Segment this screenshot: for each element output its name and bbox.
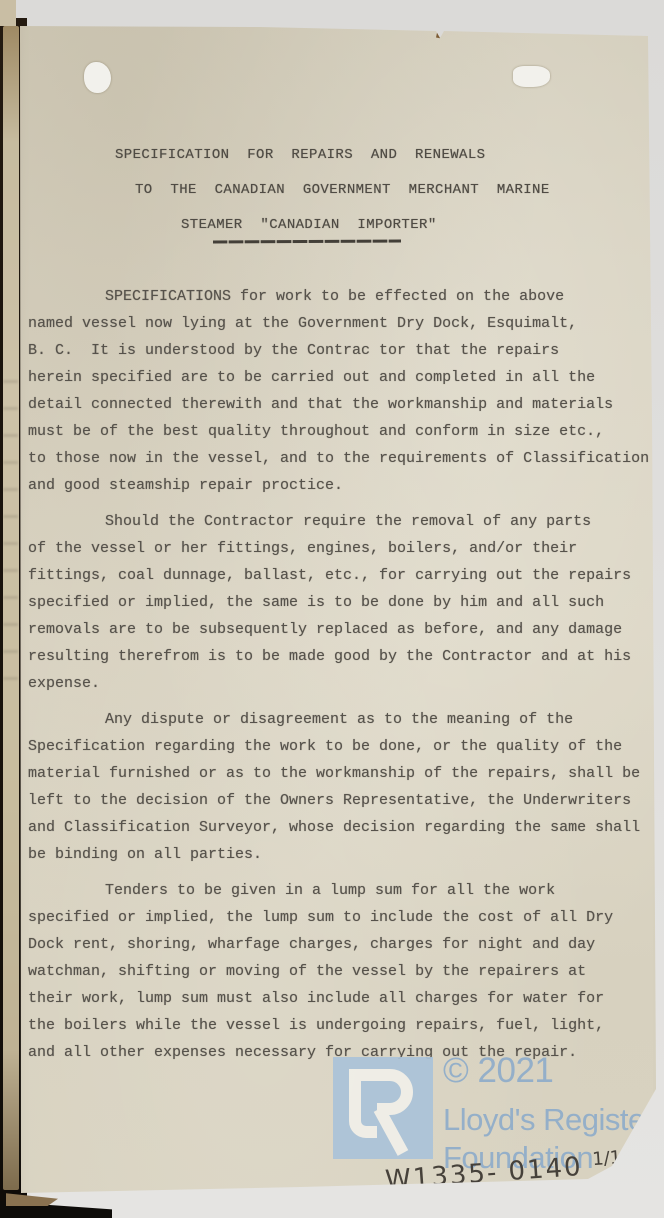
paragraph: Should the Contractor require the remova… [28, 508, 660, 697]
typewritten-line: expense. [28, 670, 660, 697]
paper-blemish [436, 28, 442, 39]
typewritten-line: B. C. It is understood by the Contrac to… [28, 337, 660, 364]
typewritten-line: fittings, coal dunnage, ballast, etc., f… [28, 562, 660, 589]
typewritten-line: specified or implied, the same is to be … [28, 589, 660, 616]
typewritten-line: and good steamship repair proctice. [28, 472, 660, 499]
typewritten-line: of the vessel or her fittings, engines, … [28, 535, 660, 562]
typewritten-line: be binding on all parties. [28, 841, 660, 868]
title-underline [213, 240, 401, 244]
typewritten-line: Any dispute or disagreement as to the me… [28, 706, 660, 733]
document-body: SPECIFICATIONS for work to be effected o… [28, 283, 660, 1066]
ink-bleed-marks [3, 380, 18, 690]
typewritten-line: detail connected therewith and that the … [28, 391, 660, 418]
typewritten-line: Specification regarding the work to be d… [28, 733, 660, 760]
typewritten-line: their work, lump sum must also include a… [28, 985, 660, 1012]
paragraph: Any dispute or disagreement as to the me… [28, 706, 660, 868]
typewritten-line: specified or implied, the lump sum to in… [28, 904, 660, 931]
lloyds-register-logo-icon [333, 1057, 433, 1159]
document-title-line-2: TO THE CANADIAN GOVERNMENT MERCHANT MARI… [135, 182, 550, 198]
typewritten-line: named vessel now lying at the Government… [28, 310, 660, 337]
typewritten-line: resulting therefrom is to be made good b… [28, 643, 660, 670]
watermark-copyright: © 2021 [443, 1051, 553, 1091]
typewritten-line: Dock rent, shoring, wharfage charges, ch… [28, 931, 660, 958]
typewritten-line: to those now in the vessel, and to the r… [28, 445, 660, 472]
typewritten-line: left to the decision of the Owners Repre… [28, 787, 660, 814]
document-paper-sheet: SPECIFICATION FOR REPAIRS AND RENEWALS T… [0, 0, 664, 1218]
typewritten-line: watchman, shifting or moving of the vess… [28, 958, 660, 985]
typewritten-line: SPECIFICATIONS for work to be effected o… [28, 283, 660, 310]
document-title-line-1: SPECIFICATION FOR REPAIRS AND RENEWALS [115, 147, 485, 163]
typewritten-line: must be of the best quality throughout a… [28, 418, 660, 445]
typewritten-line: the boilers while the vessel is undergoi… [28, 1012, 660, 1039]
watermark-org-name-line-1: Lloyd's Register [443, 1102, 655, 1138]
typewritten-line: material furnished or as to the workmans… [28, 760, 660, 787]
typewritten-line: herein specified are to be carried out a… [28, 364, 660, 391]
paper-tear-patch [513, 66, 550, 87]
handwritten-page-fraction: 1/15 [592, 1146, 634, 1170]
typewritten-line: Tenders to be given in a lump sum for al… [28, 877, 660, 904]
paragraph: SPECIFICATIONS for work to be effected o… [28, 283, 660, 499]
scanned-document-page: { "scan": { "background_color": "#dfdedc… [0, 0, 664, 1218]
typewritten-line: removals are to be subsequently replaced… [28, 616, 660, 643]
paper-tear-patch [84, 62, 111, 93]
underlying-page-corner [0, 0, 16, 26]
typewritten-line: Should the Contractor require the remova… [28, 508, 660, 535]
document-title-line-3: STEAMER "CANADIAN IMPORTER" [181, 217, 437, 233]
typewritten-line: and Classification Surveyor, whose decis… [28, 814, 660, 841]
paragraph: Tenders to be given in a lump sum for al… [28, 877, 660, 1066]
